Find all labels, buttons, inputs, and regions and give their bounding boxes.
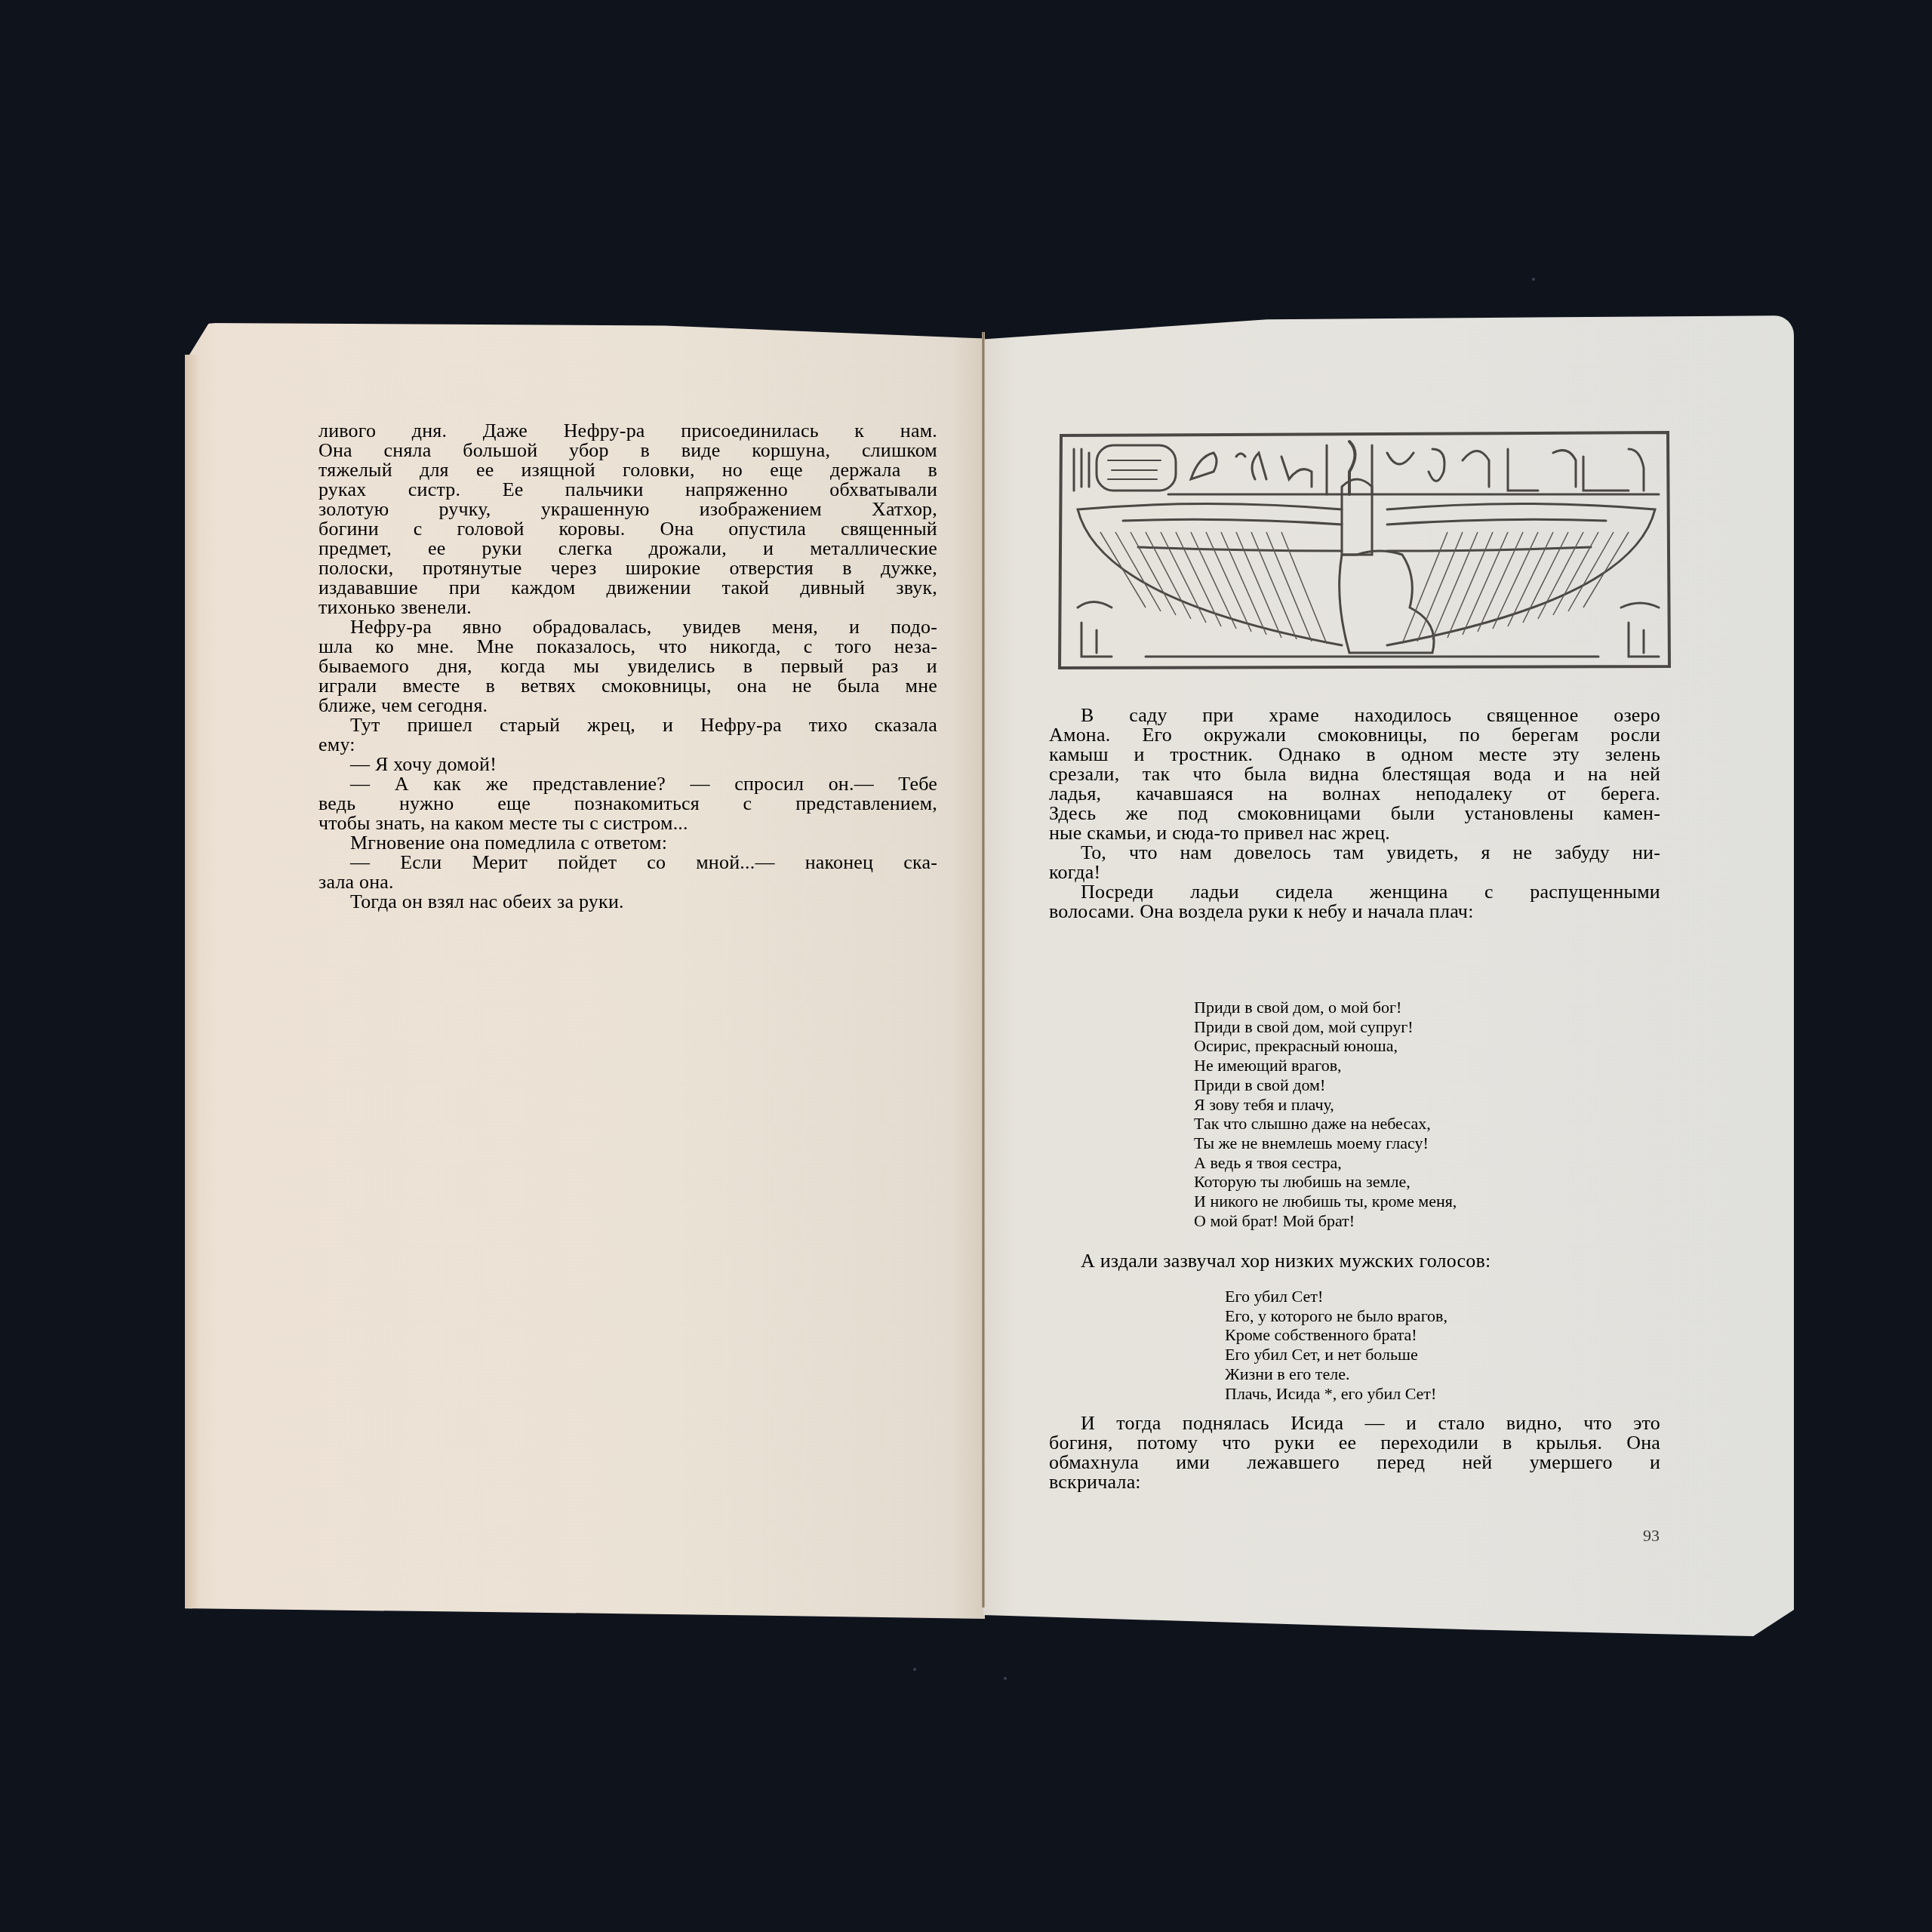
text-line: — А как же представление? — спросил он.—…	[318, 774, 937, 794]
text-line: богиня, потому что руки ее переходили в …	[1049, 1433, 1660, 1453]
text-line: предмет, ее руки слегка дрожали, и метал…	[318, 539, 937, 558]
poem-line: Кроме собственного брата!	[1225, 1325, 1447, 1345]
poem-line: А ведь я твоя сестра,	[1194, 1153, 1457, 1173]
poem-line: Которую ты любишь на земле,	[1194, 1172, 1457, 1192]
text-line: Тогда он взял нас обеих за руки.	[318, 892, 937, 912]
text-line: Нефру-ра явно обрадовалась, увидев меня,…	[318, 617, 937, 637]
text-line: бываемого дня, когда мы увиделись в перв…	[318, 657, 937, 676]
text-line: камыш и тростник. Однако в одном месте э…	[1049, 745, 1660, 764]
text-line: обмахнула ими лежавшего перед ней умерше…	[1049, 1453, 1660, 1472]
poem-line: О мой брат! Мой брат!	[1194, 1211, 1457, 1231]
text-line: — Я хочу домой!	[318, 755, 937, 774]
text-line: играли вместе в ветвях смоковницы, она н…	[318, 676, 937, 696]
text-line: волосами. Она воздела руки к небу и нача…	[1049, 902, 1660, 921]
text-line: Она сняла большой убор в виде коршуна, с…	[318, 441, 937, 460]
text-line: ведь нужно еще познакомиться с представл…	[318, 794, 937, 814]
open-book: ливого дня. Даже Нефру-ра присоединилась…	[0, 0, 1932, 1932]
text-line: ему:	[318, 735, 937, 755]
isis-lament-poem: Приди в свой дом, о мой бог! Приди в сво…	[1194, 998, 1457, 1230]
text-line: тяжелый для ее изящной головки, но еще д…	[318, 460, 937, 480]
chorus-intro: А издали зазвучал хор низких мужских гол…	[1081, 1251, 1684, 1271]
text-line: зала она.	[318, 872, 937, 892]
text-line: Посреди ладьи сидела женщина с распущенн…	[1049, 882, 1660, 902]
poem-line: Его, у которого не было врагов,	[1225, 1306, 1447, 1326]
text-line: чтобы знать, на каком месте ты с систром…	[318, 814, 937, 833]
text-line: богини с головой коровы. Она опустила св…	[318, 519, 937, 539]
poem-line: Приди в свой дом!	[1194, 1075, 1457, 1095]
text-line: срезали, так что была видна блестящая во…	[1049, 764, 1660, 784]
text-line: Тут пришел старый жрец, и Нефру-ра тихо …	[318, 715, 937, 735]
chorus-poem: Его убил Сет! Его, у которого не было вр…	[1225, 1287, 1447, 1403]
winged-isis-illustration	[1055, 426, 1674, 672]
page-number: 93	[1643, 1526, 1660, 1546]
right-page-text-final: И тогда поднялась Исида — и стало видно,…	[1049, 1414, 1660, 1492]
text-line: ные скамьи, и сюда-то привел нас жрец.	[1049, 823, 1660, 843]
text-line: шла ко мне. Мне показалось, что никогда,…	[318, 637, 937, 657]
text-line: Амона. Его окружали смоковницы, по берег…	[1049, 725, 1660, 745]
text-line: В саду при храме находилось священное оз…	[1049, 706, 1660, 725]
text-line: Здесь же под смоковницами были установле…	[1049, 804, 1660, 823]
text-line: И тогда поднялась Исида — и стало видно,…	[1049, 1414, 1660, 1433]
text-line: золотую ручку, украшенную изображением Х…	[318, 500, 937, 519]
text-line: когда!	[1049, 863, 1660, 882]
text-line: вскричала:	[1049, 1472, 1660, 1492]
poem-line: Его убил Сет, и нет больше	[1225, 1345, 1447, 1364]
poem-line: Ты же не внемлешь моему гласу!	[1194, 1134, 1457, 1153]
poem-line: Приди в свой дом, мой супруг!	[1194, 1017, 1457, 1037]
poem-line: И никого не любишь ты, кроме меня,	[1194, 1192, 1457, 1211]
poem-line: Жизни в его теле.	[1225, 1364, 1447, 1384]
book-spine-gutter	[982, 332, 985, 1607]
poem-line: Я зову тебя и плачу,	[1194, 1095, 1457, 1115]
text-line: — Если Мерит пойдет со мной...— наконец …	[318, 853, 937, 872]
text-line: ливого дня. Даже Нефру-ра присоединилась…	[318, 421, 937, 441]
right-page-text-para1: В саду при храме находилось священное оз…	[1049, 706, 1660, 921]
poem-line: Так что слышно даже на небесах,	[1194, 1114, 1457, 1134]
text-line: ближе, чем сегодня.	[318, 696, 937, 715]
text-line: издававшие при каждом движении такой див…	[318, 578, 937, 598]
left-page-fore-edge	[185, 355, 198, 1607]
poem-line: Плачь, Исида *, его убил Сет!	[1225, 1384, 1447, 1404]
poem-line: Осирис, прекрасный юноша,	[1194, 1036, 1457, 1056]
left-page-text: ливого дня. Даже Нефру-ра присоединилась…	[318, 421, 937, 912]
poem-line: Не имеющий врагов,	[1194, 1056, 1457, 1075]
poem-line: Его убил Сет!	[1225, 1287, 1447, 1306]
text-line: То, что нам довелось там увидеть, я не з…	[1049, 843, 1660, 863]
poem-line: Приди в свой дом, о мой бог!	[1194, 998, 1457, 1017]
text-line: Мгновение она помедлила с ответом:	[318, 833, 937, 853]
text-line: А издали зазвучал хор низких мужских гол…	[1081, 1251, 1684, 1271]
text-line: тихонько звенели.	[318, 598, 937, 617]
text-line: полоски, протянутые через широкие отверс…	[318, 558, 937, 578]
text-line: ладья, качавшаяся на волнах неподалеку о…	[1049, 784, 1660, 804]
text-line: руках систр. Ее пальчики напряженно обхв…	[318, 480, 937, 500]
